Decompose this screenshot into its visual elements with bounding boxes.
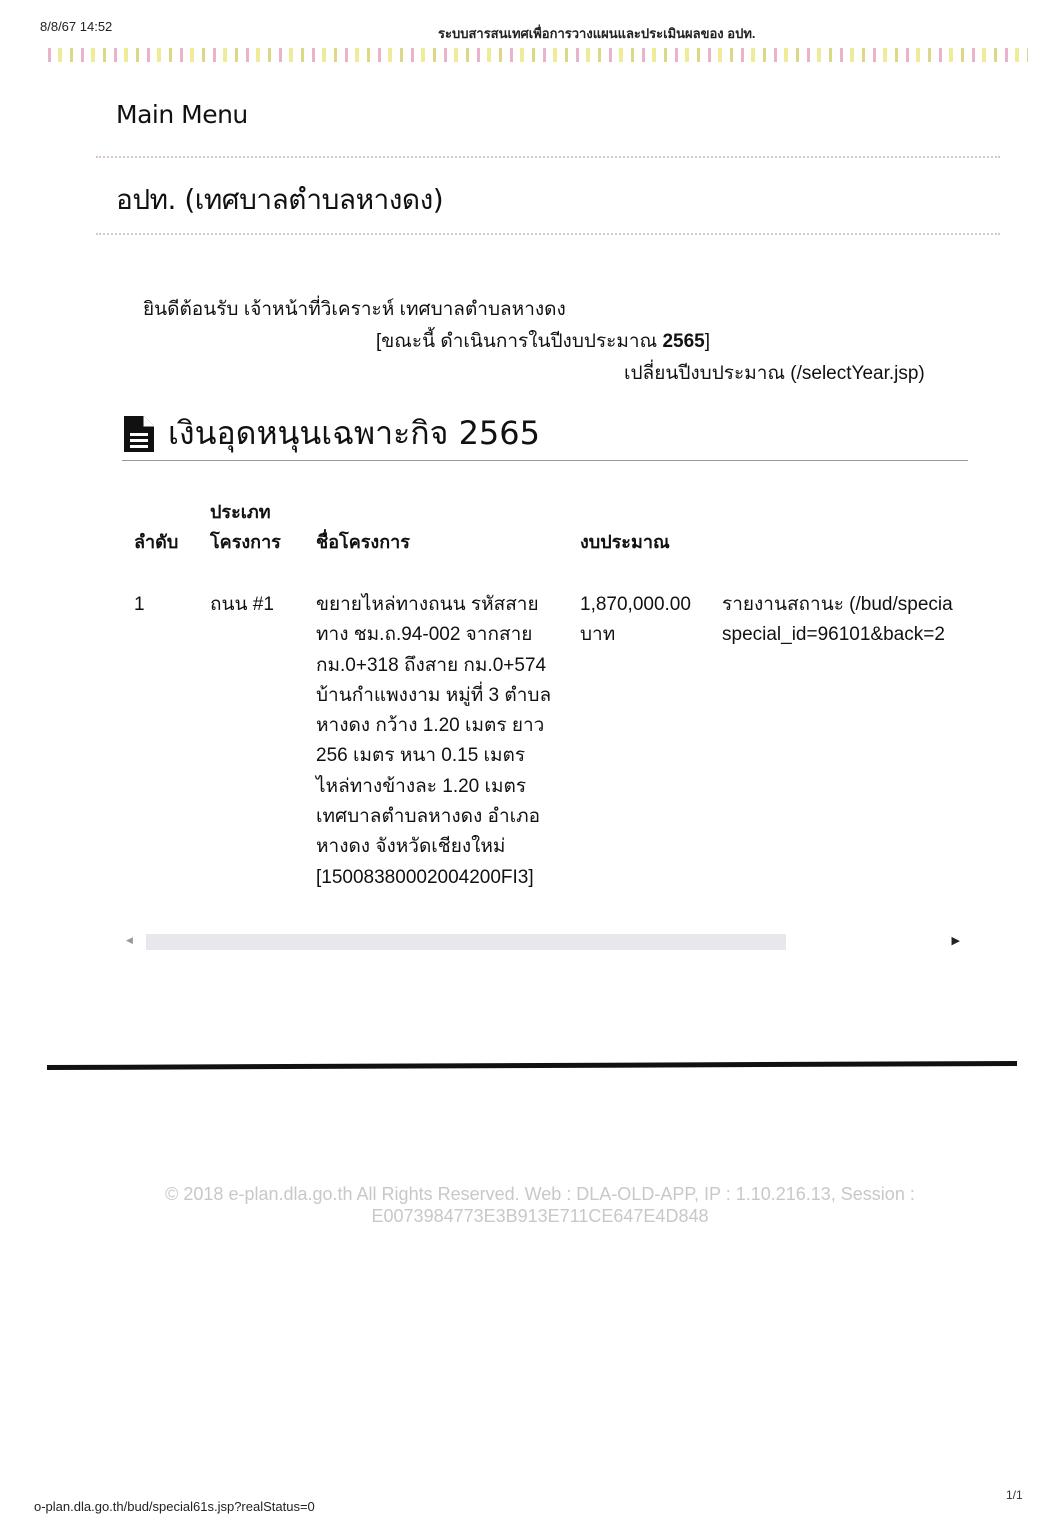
welcome-message: ยินดีต้อนรับ เจ้าหน้าที่วิเคราะห์ เทศบาล… (143, 294, 566, 324)
cell-project-name: ขยายไหล่ทางถนน รหัสสายทาง ชม.ถ.94-002 จา… (306, 580, 570, 903)
current-year-value: 2565 (662, 331, 704, 352)
col-actions (712, 498, 972, 580)
cell-budget: 1,870,000.00 บาท (570, 580, 712, 903)
divider (96, 156, 1000, 158)
scroll-left-icon[interactable]: ◀ (126, 935, 133, 946)
section-title: เงินอุดหนุนเฉพาะกิจ 2565 (168, 408, 540, 459)
print-page-title: ระบบสารสนเทศเพื่อการวางแผนและประเมินผลขอ… (438, 23, 756, 44)
col-project-name: ชื่อโครงการ (306, 498, 570, 580)
scrollbar-thumb[interactable] (146, 934, 786, 950)
divider (96, 233, 1000, 235)
print-url: o-plan.dla.go.th/bud/special61s.jsp?real… (34, 1499, 315, 1514)
main-menu-link[interactable]: Main Menu (116, 100, 248, 129)
decorative-color-strip (48, 48, 1028, 62)
section-header: เงินอุดหนุนเฉพาะกิจ 2565 (122, 408, 540, 459)
print-datetime: 8/8/67 14:52 (40, 19, 112, 34)
table-row: 1 ถนน #1 ขยายไหล่ทางถนน รหัสสายทาง ชม.ถ.… (124, 580, 972, 903)
current-year-suffix: ] (705, 331, 710, 352)
change-fiscal-year-link[interactable]: เปลี่ยนปีงบประมาณ (/selectYear.jsp) (624, 358, 925, 388)
projects-table: ลำดับ ประเภท โครงการ ชื่อโครงการ งบประมา… (124, 498, 972, 903)
current-fiscal-year: [ขณะนี้ ดำเนินการในปีงบประมาณ 2565] (376, 326, 710, 356)
copyright-text: © 2018 e-plan.dla.go.th All Rights Reser… (90, 1183, 990, 1227)
scroll-right-icon[interactable]: ▶ (952, 934, 960, 947)
status-report-link[interactable]: รายงานสถานะ (/bud/specia special_id=9610… (712, 580, 972, 903)
page-number: 1/1 (1006, 1488, 1023, 1502)
col-order: ลำดับ (124, 498, 200, 580)
current-year-prefix: [ขณะนี้ ดำเนินการในปีงบประมาณ (376, 331, 662, 352)
document-icon (122, 414, 156, 454)
footer-divider (47, 1061, 1017, 1070)
organization-title: อปท. (เทศบาลตำบลหางดง) (116, 178, 443, 222)
cell-project-type: ถนน #1 (200, 580, 306, 903)
section-divider (122, 460, 968, 461)
col-budget: งบประมาณ (570, 498, 712, 580)
col-project-type: ประเภท โครงการ (200, 498, 306, 580)
cell-order: 1 (124, 580, 200, 903)
table-header-row: ลำดับ ประเภท โครงการ ชื่อโครงการ งบประมา… (124, 498, 972, 580)
horizontal-scrollbar[interactable]: ◀ ▶ (126, 932, 960, 952)
